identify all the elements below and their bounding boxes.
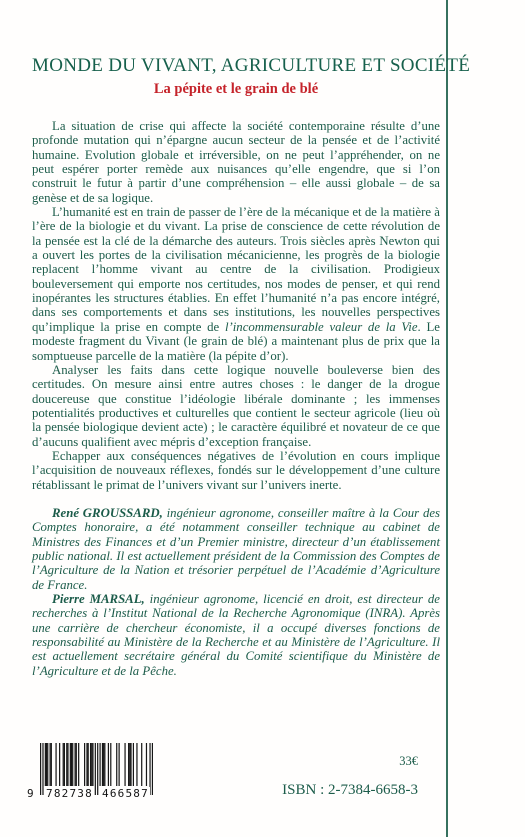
ean13-barcode: 9 782738 466587 [27,743,157,801]
vertical-rule [446,0,448,837]
body-paragraph-3: Analyser les faits dans cette logique no… [32,363,440,449]
book-back-cover: MONDE DU VIVANT, AGRICULTURE ET SOCIÉTÉ … [0,0,525,837]
book-subtitle: La pépite et le grain de blé [32,81,440,98]
isbn-label: ISBN : 2-7384-6658-3 [238,782,418,799]
author-bio-marsal: Pierre MARSAL, ingénieur agronome, licen… [32,592,440,678]
author-name: René GROUSSARD, [52,506,163,520]
barcode-digits-right: 466587 [101,787,150,800]
paragraph-segment: L’humanité est en train de passer de l’è… [32,205,440,334]
price-label: 33€ [328,754,418,769]
author-bios: René GROUSSARD, ingénieur agronome, cons… [32,506,440,678]
blurb-text: La situation de crise qui affecte la soc… [32,119,440,492]
body-paragraph-2: L’humanité est en train de passer de l’è… [32,205,440,363]
body-paragraph-1: La situation de crise qui affecte la soc… [32,119,440,205]
book-title: MONDE DU VIVANT, AGRICULTURE ET SOCIÉTÉ [32,55,440,77]
back-cover-content: MONDE DU VIVANT, AGRICULTURE ET SOCIÉTÉ … [32,55,440,678]
barcode-digits-left: 782738 [45,787,94,800]
body-paragraph-4: Echapper aux conséquences négatives de l… [32,449,440,492]
author-bio-groussard: René GROUSSARD, ingénieur agronome, cons… [32,506,440,592]
author-name: Pierre MARSAL, [52,592,145,606]
italic-phrase: l’incommensurable valeur de la Vie [225,320,418,334]
barcode-digit-first: 9 [27,787,34,800]
